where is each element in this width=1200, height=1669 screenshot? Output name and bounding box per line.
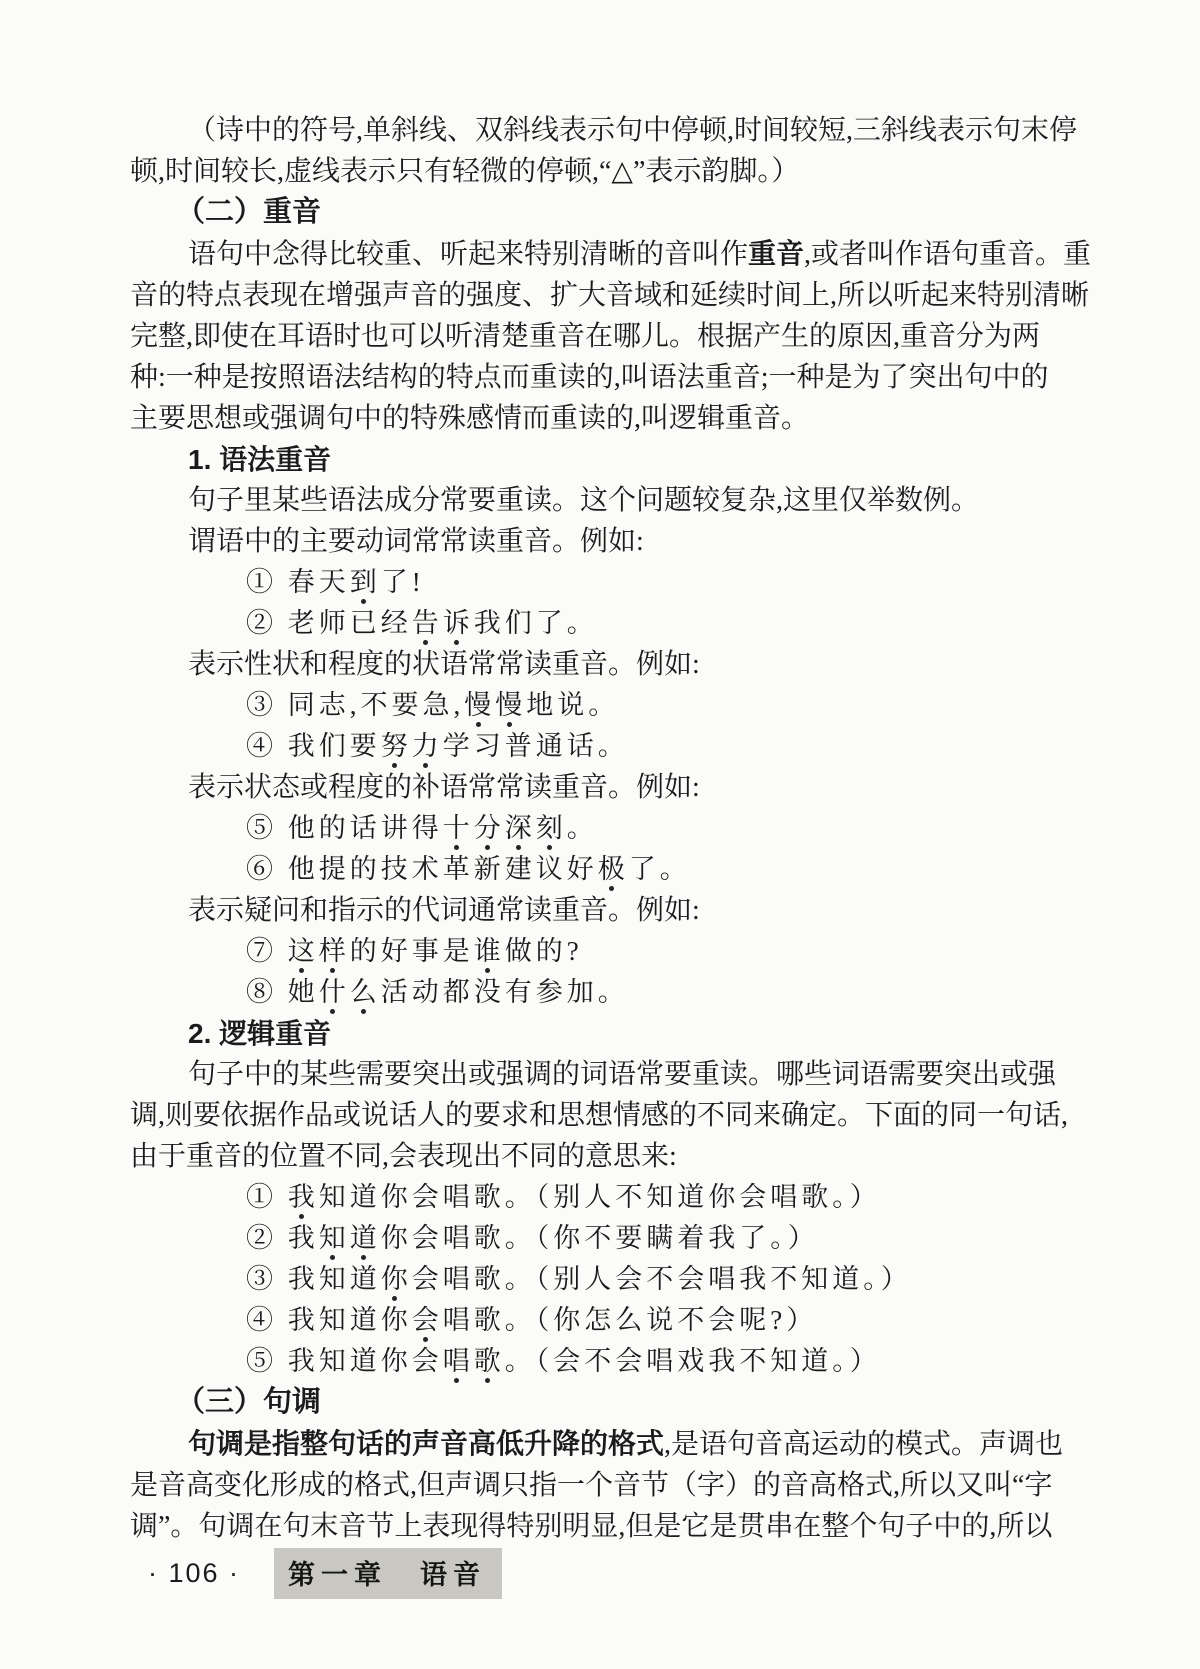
line-pause-note-1: （诗中的符号,单斜线、双斜线表示句中停顿,时间较短,三斜线表示句末停	[130, 110, 1090, 151]
page-number: · 106 ·	[148, 1558, 240, 1589]
stressed-char: 道	[350, 1223, 381, 1253]
stressed-char: 谁	[474, 936, 505, 966]
line-intonation-1: 句调是指整句话的声音高低升降的格式,是语句音高运动的模式。声调也	[130, 1423, 1090, 1465]
line-pause-note-2: 顿,时间较长,虚线表示只有轻微的停顿,“△”表示韵脚。）	[130, 151, 1090, 192]
line-stress-intro-4: 种:一种是按照语法结构的特点而重读的,叫语法重音;一种是为了突出句中的	[130, 357, 1090, 398]
line-stress-intro-5: 主要思想或强调句中的特殊感情而重读的,叫逻辑重音。	[130, 398, 1090, 439]
line-intonation-2: 是音高变化形成的格式,但声调只指一个音节（字）的音高格式,所以又叫“字	[130, 1465, 1090, 1506]
example-8: ⑧ 她什么活动都没有参加。	[130, 972, 1090, 1013]
line-complement-rule: 表示状态或程度的补语常常读重音。例如:	[130, 767, 1090, 808]
book-page: （诗中的符号,单斜线、双斜线表示句中停顿,时间较短,三斜线表示句末停顿,时间较长…	[0, 0, 1200, 1669]
stressed-char: 深	[505, 813, 536, 843]
line-stress-intro-1: 语句中念得比较重、听起来特别清晰的音叫作重音,或者叫作语句重音。重	[130, 233, 1090, 275]
stressed-char: 力	[412, 731, 443, 761]
stressed-char: 诉	[443, 608, 474, 638]
example-6: ⑥ 他提的技术革新建议好极了。	[130, 849, 1090, 890]
stressed-char: 十	[443, 813, 474, 843]
stressed-char: 歌	[474, 1346, 505, 1376]
text-body: （诗中的符号,单斜线、双斜线表示句中停顿,时间较短,三斜线表示句末停顿,时间较长…	[130, 110, 1090, 1547]
heading-grammar-stress: 1. 语法重音	[130, 439, 1090, 480]
stressed-char: 我	[288, 1182, 319, 1212]
stressed-char: 慢	[464, 690, 495, 720]
line-logic-intro-3: 由于重音的位置不同,会表现出不同的意思来:	[130, 1136, 1090, 1177]
heading-logic-stress: 2. 逻辑重音	[130, 1013, 1090, 1054]
example-5: ⑤ 他的话讲得十分深刻。	[130, 808, 1090, 849]
line-grammar-intro: 句子里某些语法成分常要重读。这个问题较复杂,这里仅举数例。	[130, 480, 1090, 521]
example-4: ④ 我们要努力学习普通话。	[130, 726, 1090, 767]
heading-section-3-intonation: （三）句调	[130, 1382, 1090, 1423]
stressed-char: 么	[350, 977, 381, 1007]
line-stress-intro-2: 音的特点表现在增强声音的强度、扩大音域和延续时间上,所以听起来特别清晰	[130, 275, 1090, 316]
stressed-char: 极	[598, 854, 629, 884]
stressed-char: 会	[412, 1305, 443, 1335]
logic-example-2: ② 我知道你会唱歌。（你不要瞒着我了。）	[130, 1218, 1090, 1259]
stressed-char: 刻	[536, 813, 567, 843]
stressed-char: 分	[474, 813, 505, 843]
line-predicate-rule: 谓语中的主要动词常常读重音。例如:	[130, 521, 1090, 562]
stressed-char: 知	[319, 1223, 350, 1253]
heading-section-2-stress: （二）重音	[130, 192, 1090, 233]
example-7: ⑦ 这样的好事是谁做的?	[130, 931, 1090, 972]
logic-example-1: ① 我知道你会唱歌。（别人不知道你会唱歌。）	[130, 1177, 1090, 1218]
stressed-char: 样	[319, 936, 350, 966]
example-3: ③ 同志,不要急,慢慢地说。	[130, 685, 1090, 726]
line-intonation-3: 调”。句调在句末音节上表现得特别明显,但是它是贯串在整个句子中的,所以	[130, 1506, 1090, 1547]
stressed-char: 这	[288, 936, 319, 966]
page-footer: · 106 · 第一章 语音	[148, 1548, 502, 1599]
line-stress-intro-3: 完整,即使在耳语时也可以听清楚重音在哪儿。根据产生的原因,重音分为两	[130, 316, 1090, 357]
chapter-label: 第一章 语音	[274, 1548, 502, 1599]
stressed-char: 努	[381, 731, 412, 761]
line-logic-intro-2: 调,则要依据作品或说话人的要求和思想情感的不同来确定。下面的同一句话,	[130, 1095, 1090, 1136]
example-2: ② 老师已经告诉我们了。	[130, 603, 1090, 644]
stressed-char: 到	[350, 567, 381, 597]
logic-example-4: ④ 我知道你会唱歌。（你怎么说不会呢?）	[130, 1300, 1090, 1341]
logic-example-5: ⑤ 我知道你会唱歌。（会不会唱戏我不知道。）	[130, 1341, 1090, 1382]
line-pronoun-rule: 表示疑问和指示的代词通常读重音。例如:	[130, 890, 1090, 931]
line-logic-intro-1: 句子中的某些需要突出或强调的词语常要重读。哪些词语需要突出或强	[130, 1054, 1090, 1095]
example-1: ① 春天到了!	[130, 562, 1090, 603]
stressed-char: 唱	[443, 1346, 474, 1376]
line-adverbial-rule: 表示性状和程度的状语常常读重音。例如:	[130, 644, 1090, 685]
stressed-char: 告	[412, 608, 443, 638]
stressed-char: 你	[381, 1264, 412, 1294]
logic-example-3: ③ 我知道你会唱歌。（别人会不会唱我不知道。）	[130, 1259, 1090, 1300]
stressed-char: 慢	[495, 690, 526, 720]
stressed-char: 什	[319, 977, 350, 1007]
